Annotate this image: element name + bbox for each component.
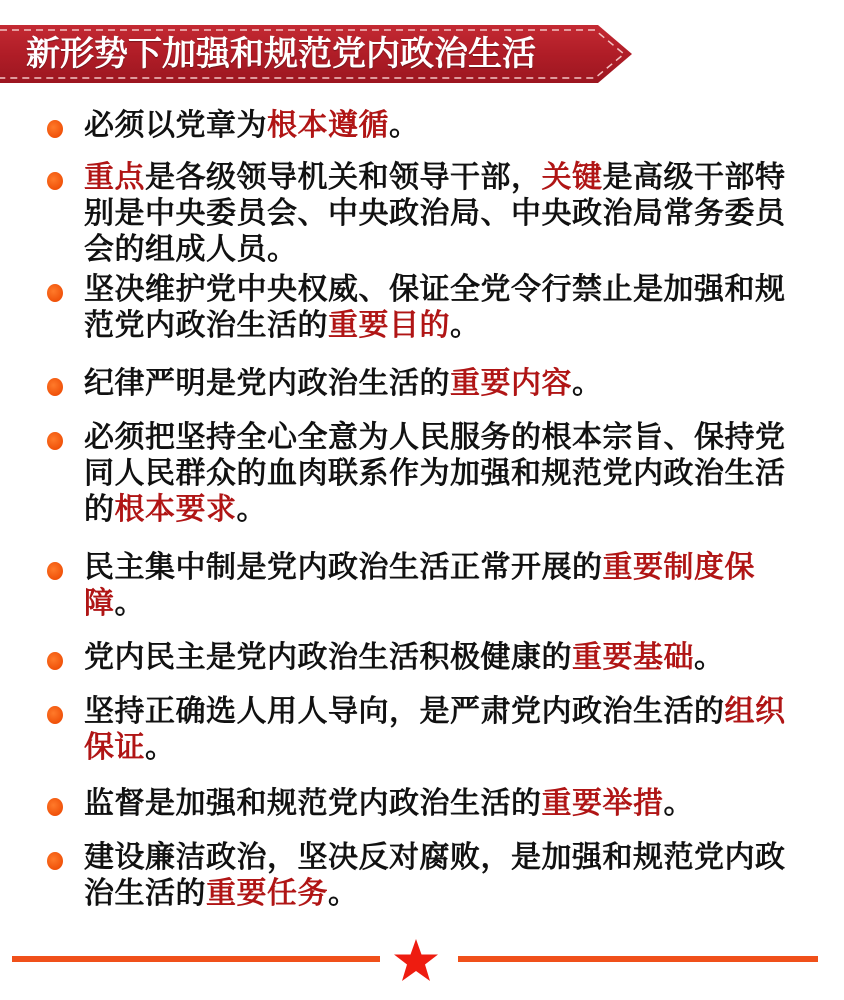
text-segment: 。 <box>145 730 176 765</box>
highlight-keyword: 重要内容 <box>450 366 572 401</box>
list-item-text: 必须以党章为根本遵循。 <box>84 108 804 144</box>
bullet-dot-icon <box>47 120 63 138</box>
list-item: 坚决维护党中央权威、保证全党令行禁止是加强和规范党内政治生活的重要目的。 <box>44 272 804 344</box>
list-item: 民主集中制是党内政治生活正常开展的重要制度保障。 <box>44 550 804 622</box>
bullet-dot-icon <box>47 378 63 396</box>
list-item: 监督是加强和规范党内政治生活的重要举措。 <box>44 786 804 822</box>
highlight-keyword: 根本要求 <box>115 492 237 527</box>
list-item-text: 纪律严明是党内政治生活的重要内容。 <box>84 366 804 402</box>
star-icon <box>388 937 444 985</box>
bullet-dot-icon <box>47 562 63 580</box>
bullet-dot-icon <box>47 706 63 724</box>
text-segment: 。 <box>115 586 146 621</box>
page-title: 新形势下加强和规范党内政治生活 <box>26 31 536 77</box>
text-segment: 坚持正确选人用人导向，是严肃党内政治生活的 <box>84 694 725 729</box>
text-segment: 监督是加强和规范党内政治生活的 <box>84 786 542 821</box>
list-item: 重点是各级领导机关和领导干部，关键是高级干部特别是中央委员会、中央政治局、中央政… <box>44 160 804 268</box>
bullet-dot-icon <box>47 432 63 450</box>
list-item: 必须把坚持全心全意为人民服务的根本宗旨、保持党同人民群众的血肉联系作为加强和规范… <box>44 420 804 528</box>
highlight-keyword: 根本遵循 <box>267 108 389 143</box>
list-item: 必须以党章为根本遵循。 <box>44 108 804 144</box>
divider-right <box>458 956 818 962</box>
text-segment: 。 <box>694 640 725 675</box>
bullet-dot-icon <box>47 172 63 190</box>
list-item-text: 建设廉洁政治，坚决反对腐败，是加强和规范党内政治生活的重要任务。 <box>84 840 804 912</box>
bullet-dot-icon <box>47 284 63 302</box>
text-segment: 民主集中制是党内政治生活正常开展的 <box>84 550 603 585</box>
text-segment: 。 <box>664 786 695 821</box>
text-segment: 党内民主是党内政治生活积极健康的 <box>84 640 572 675</box>
text-segment: 。 <box>450 308 481 343</box>
list-item-text: 党内民主是党内政治生活积极健康的重要基础。 <box>84 640 804 676</box>
highlight-keyword: 重要举措 <box>542 786 664 821</box>
text-segment: 。 <box>328 876 359 911</box>
list-item: 建设廉洁政治，坚决反对腐败，是加强和规范党内政治生活的重要任务。 <box>44 840 804 912</box>
title-banner: 新形势下加强和规范党内政治生活 <box>0 25 632 83</box>
bullet-dot-icon <box>47 798 63 816</box>
list-item-text: 民主集中制是党内政治生活正常开展的重要制度保障。 <box>84 550 804 622</box>
text-segment: 。 <box>572 366 603 401</box>
bullet-dot-icon <box>47 852 63 870</box>
highlight-keyword: 重点 <box>84 160 145 195</box>
list-item: 坚持正确选人用人导向，是严肃党内政治生活的组织保证。 <box>44 694 804 766</box>
bullet-dot-icon <box>47 652 63 670</box>
highlight-keyword: 关键 <box>542 160 603 195</box>
list-item-text: 坚持正确选人用人导向，是严肃党内政治生活的组织保证。 <box>84 694 804 766</box>
list-item: 党内民主是党内政治生活积极健康的重要基础。 <box>44 640 804 676</box>
list-item-text: 监督是加强和规范党内政治生活的重要举措。 <box>84 786 804 822</box>
list-item-text: 必须把坚持全心全意为人民服务的根本宗旨、保持党同人民群众的血肉联系作为加强和规范… <box>84 420 804 528</box>
highlight-keyword: 重要基础 <box>572 640 694 675</box>
text-segment: 是各级领导机关和领导干部， <box>145 160 542 195</box>
highlight-keyword: 重要任务 <box>206 876 328 911</box>
divider-left <box>12 956 380 962</box>
text-segment: 建设廉洁政治，坚决反对腐败，是加强和规范党内政治生活的 <box>84 840 786 911</box>
highlight-keyword: 重要目的 <box>328 308 450 343</box>
list-item-text: 坚决维护党中央权威、保证全党令行禁止是加强和规范党内政治生活的重要目的。 <box>84 272 804 344</box>
text-segment: 必须以党章为 <box>84 108 267 143</box>
text-segment: 纪律严明是党内政治生活的 <box>84 366 450 401</box>
list-item: 纪律严明是党内政治生活的重要内容。 <box>44 366 804 402</box>
text-segment: 。 <box>237 492 268 527</box>
text-segment: 。 <box>389 108 420 143</box>
list-item-text: 重点是各级领导机关和领导干部，关键是高级干部特别是中央委员会、中央政治局、中央政… <box>84 160 804 268</box>
